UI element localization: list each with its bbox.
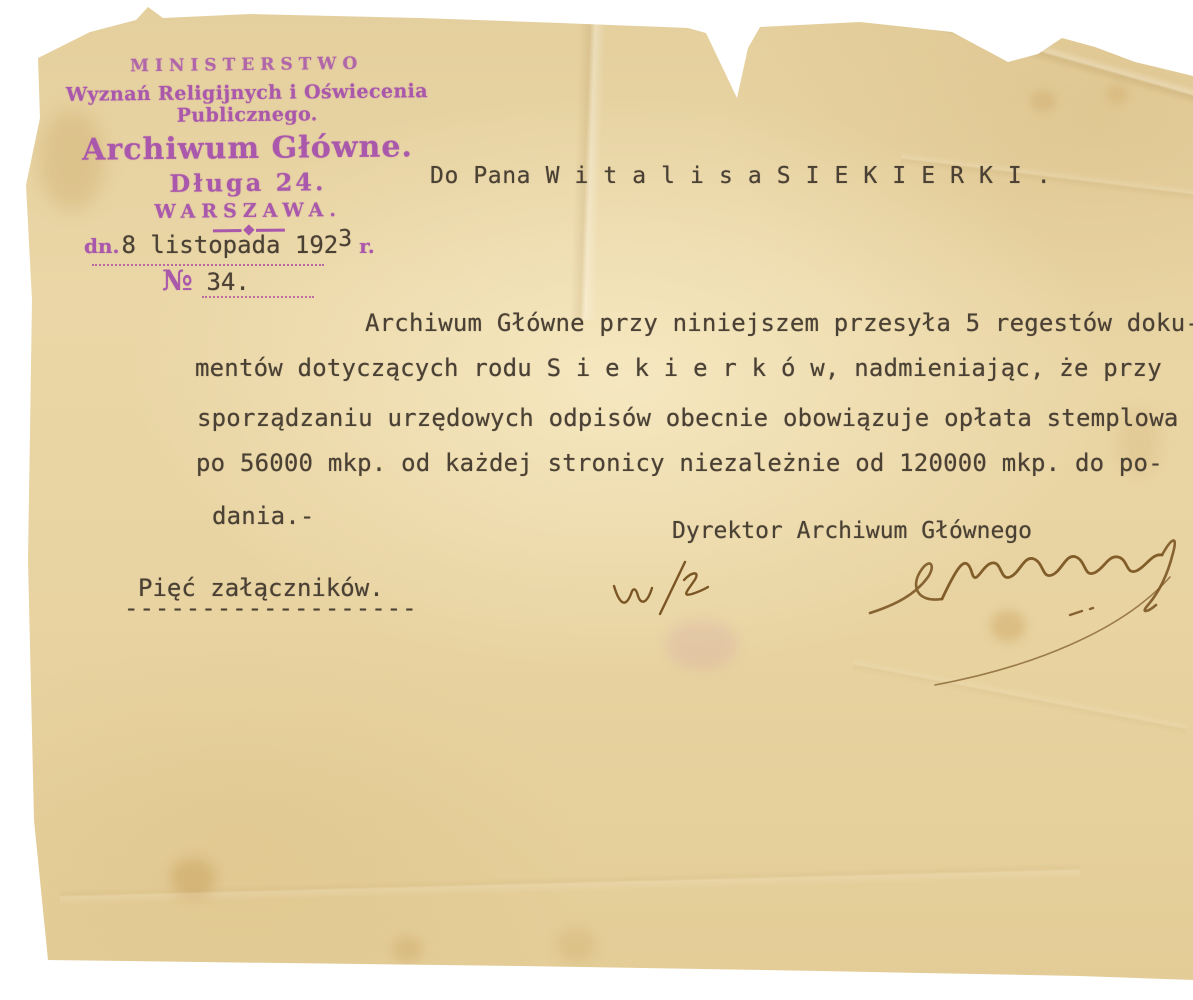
letterhead-office: Archiwum Główne.: [55, 129, 440, 168]
date-year-digit: 3: [338, 226, 352, 252]
foxing-stain: [1030, 90, 1056, 112]
letterhead-ministry: MINISTERSTWO: [54, 53, 439, 77]
handwritten-signature: [840, 525, 1193, 705]
paper-crease: [569, 0, 606, 320]
body-line: Archiwum Główne przy niniejszem przesyła…: [365, 309, 1193, 337]
body-line: sporządzaniu urzędowych odpisów obecnie …: [197, 404, 1179, 432]
paper-crease: [60, 863, 1080, 906]
foxing-stain: [392, 936, 422, 962]
foxing-stain: [1106, 84, 1128, 104]
paper-crease: [933, 13, 1193, 105]
date-printed-suffix: r.: [359, 234, 375, 258]
letterhead-street: Długa 24.: [55, 166, 440, 199]
body-line: dania.-: [212, 502, 315, 530]
document-paper: MINISTERSTWO Wyznań Religijnych i Oświec…: [0, 0, 1193, 1000]
scan-background: MINISTERSTWO Wyznań Religijnych i Oświec…: [0, 0, 1193, 1000]
faded-purple-stamp-smudge: [666, 620, 738, 670]
body-line: mentów dotyczących rodu S i e k i e r k …: [195, 354, 1162, 382]
body-line: po 56000 mkp. od każdej stronicy niezale…: [196, 449, 1163, 477]
letterhead-city: WARSZAWA.: [56, 198, 441, 224]
date-dotted-underline: [92, 238, 324, 266]
number-dotted-underline: [202, 268, 314, 298]
letterhead-stamp: MINISTERSTWO Wyznań Religijnych i Oświec…: [54, 53, 441, 234]
foxing-stain: [556, 928, 596, 962]
addressee-line: Do Pana W i t a l i s a S I E K I E R K …: [430, 163, 1051, 189]
letterhead-department: Wyznań Religijnych i Oświecenia Publiczn…: [54, 80, 439, 128]
number-symbol: №: [162, 264, 192, 297]
handwritten-wz-note: [600, 548, 720, 623]
enclosures-dashed-rule: -------------------: [124, 594, 418, 622]
foxing-stain: [170, 858, 216, 898]
